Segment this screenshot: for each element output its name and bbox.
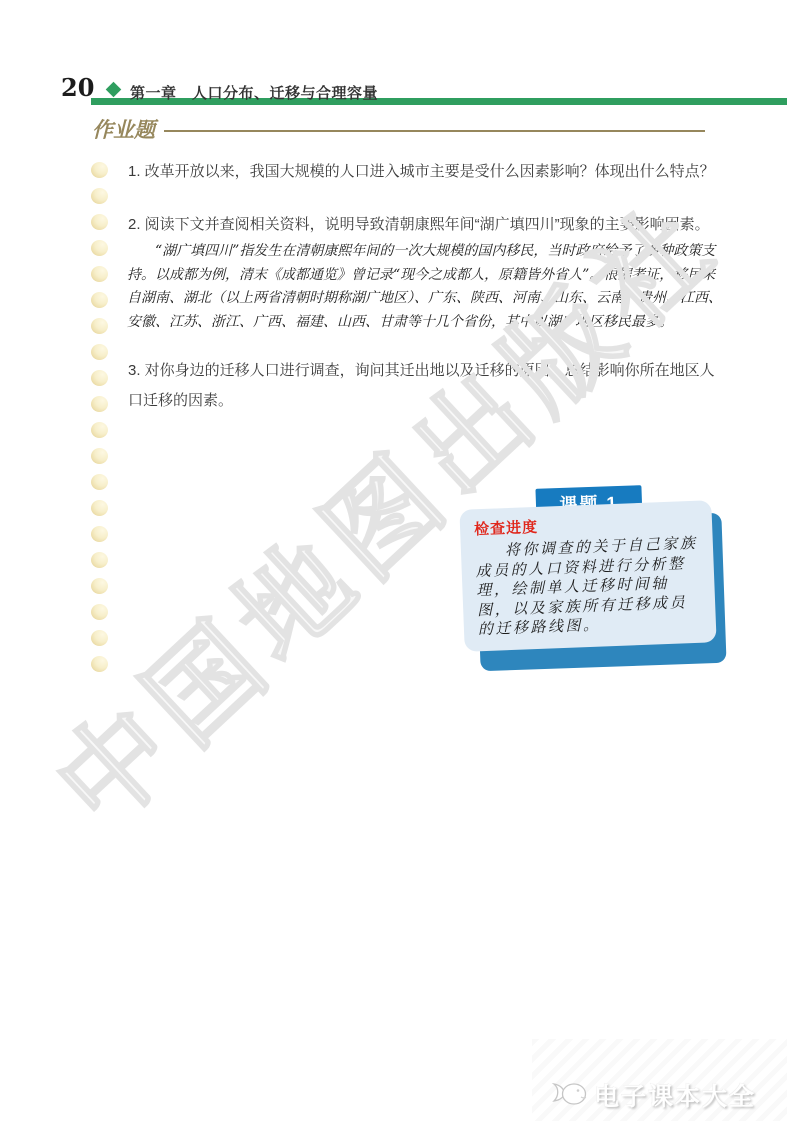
binding-hole (91, 578, 108, 594)
page-number: 20 (61, 76, 94, 100)
textbook-page: 中国地图出版社 20 第一章 人口分布、迁移与合理容量 作业题 1. 改革开放以… (0, 0, 787, 1121)
binding-hole (91, 214, 108, 230)
binding-hole (91, 266, 108, 282)
question-2-passage: “湖广填四川”指发生在清朝康熙年间的一次大规模的国内移民，当时政府给予了多种政策… (127, 240, 723, 334)
binding-hole (91, 500, 108, 516)
chapter-title: 第一章 人口分布、迁移与合理容量 (130, 82, 378, 103)
footer-brand-text: 电子课本大全 (594, 1077, 756, 1113)
binding-hole (91, 240, 108, 256)
question-1: 1. 改革开放以来，我国大规模的人口进入城市主要是受什么因素影响？体现出什么特点… (128, 161, 715, 183)
binding-hole (91, 370, 108, 386)
binding-hole (91, 292, 108, 308)
chapter-diamond-icon (106, 82, 122, 98)
task-card-paper: 检查进度 将你调查的关于自己家族成员的人口资料进行分析整理，绘制单人迁移时间轴图… (459, 500, 716, 652)
question-3: 3. 对你身边的迁移人口进行调查，询问其迁出地以及迁移的原因，总结影响你所在地区… (128, 356, 720, 416)
task-card: 课题 1 检查进度 将你调查的关于自己家族成员的人口资料进行分析整理，绘制单人迁… (462, 487, 728, 677)
binding-hole (91, 448, 108, 464)
binding-hole (91, 162, 108, 178)
task-card-body: 将你调查的关于自己家族成员的人口资料进行分析整理，绘制单人迁移时间轴图，以及家族… (475, 534, 705, 640)
homework-title-rule (164, 130, 705, 132)
binding-holes (91, 162, 108, 672)
question-2: 2. 阅读下文并查阅相关资料，说明导致清朝康熙年间“湖广填四川”现象的主要影响因… (128, 214, 710, 236)
binding-hole (91, 526, 108, 542)
homework-section-title: 作业题 (92, 114, 155, 144)
footer-brand: 电子课本大全 (551, 1077, 756, 1113)
binding-hole (91, 474, 108, 490)
binding-hole (91, 604, 108, 620)
binding-hole (91, 188, 108, 204)
binding-hole (91, 630, 108, 646)
binding-hole (91, 396, 108, 412)
whale-icon (551, 1079, 587, 1112)
binding-hole (91, 656, 108, 672)
binding-hole (91, 318, 108, 334)
binding-hole (91, 344, 108, 360)
binding-hole (91, 552, 108, 568)
binding-hole (91, 422, 108, 438)
